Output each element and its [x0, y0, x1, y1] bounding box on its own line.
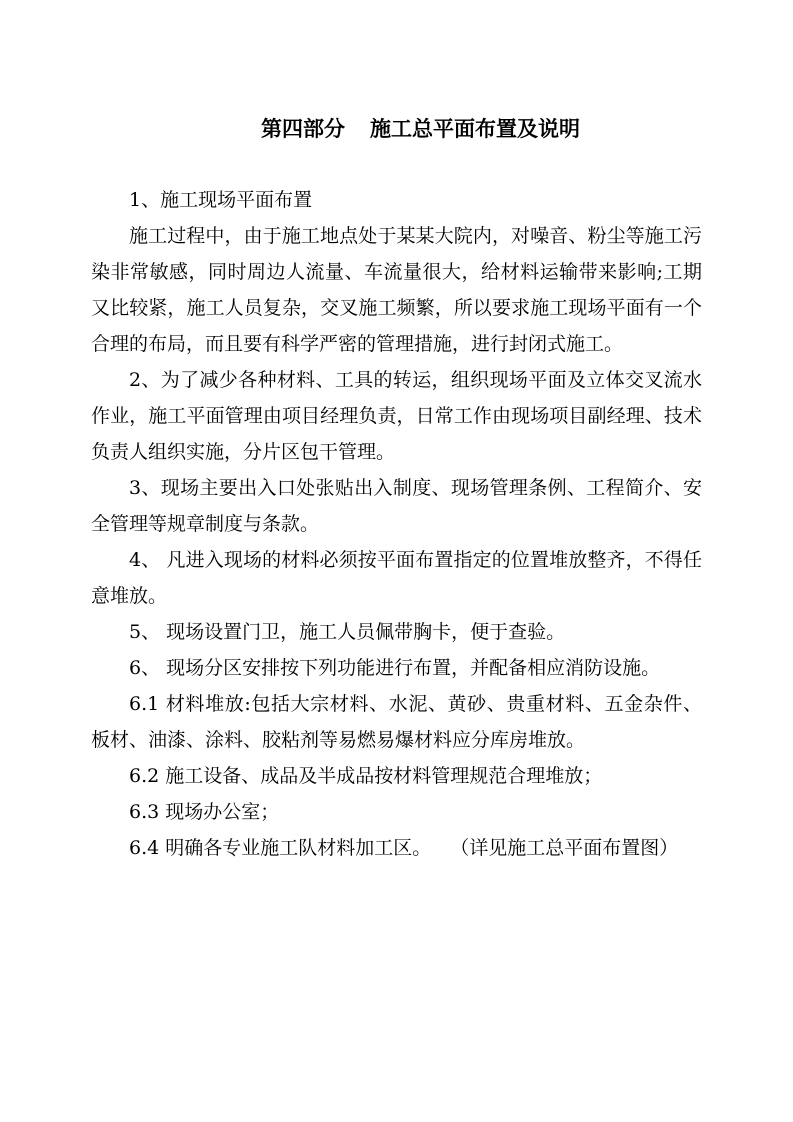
- page-title: 第四部分施工总平面布置及说明: [91, 111, 702, 147]
- paragraph-item-6-2: 6.2 施工设备、成品及半成品按材料管理规范合理堆放；: [91, 758, 702, 794]
- document-page: 第四部分施工总平面布置及说明 1、施工现场平面布置 施工过程中，由于施工地点处于…: [0, 0, 793, 1122]
- paragraph-item-4: 4、 凡进入现场的材料必须按平面布置指定的位置堆放整齐，不得任意堆放。: [91, 542, 702, 614]
- paragraph-overview: 施工过程中，由于施工地点处于某某大院内，对噪音、粉尘等施工污染非常敏感，同时周边…: [91, 218, 702, 362]
- paragraph-item-3: 3、现场主要出入口处张贴出入制度、现场管理条例、工程简介、安全管理等规章制度与条…: [91, 470, 702, 542]
- paragraph-item-2: 2、为了减少各种材料、工具的转运，组织现场平面及立体交叉流水作业，施工平面管理由…: [91, 362, 702, 470]
- paragraph-item-6-3: 6.3 现场办公室；: [91, 794, 702, 830]
- paragraph-item-6-1: 6.1 材料堆放:包括大宗材料、水泥、黄砂、贵重材料、五金杂件、板材、油漆、涂料…: [91, 686, 702, 758]
- paragraph-item-6-4: 6.4 明确各专业施工队材料加工区。 （详见施工总平面布置图）: [91, 830, 702, 866]
- paragraph-item-6: 6、 现场分区安排按下列功能进行布置，并配备相应消防设施。: [91, 650, 702, 686]
- section-1-heading: 1、施工现场平面布置: [91, 182, 702, 218]
- page-title-part: 第四部分: [261, 116, 345, 141]
- page-title-subject: 施工总平面布置及说明: [370, 116, 580, 141]
- document-body: 1、施工现场平面布置 施工过程中，由于施工地点处于某某大院内，对噪音、粉尘等施工…: [91, 182, 702, 866]
- paragraph-item-5: 5、 现场设置门卫，施工人员佩带胸卡，便于查验。: [91, 614, 702, 650]
